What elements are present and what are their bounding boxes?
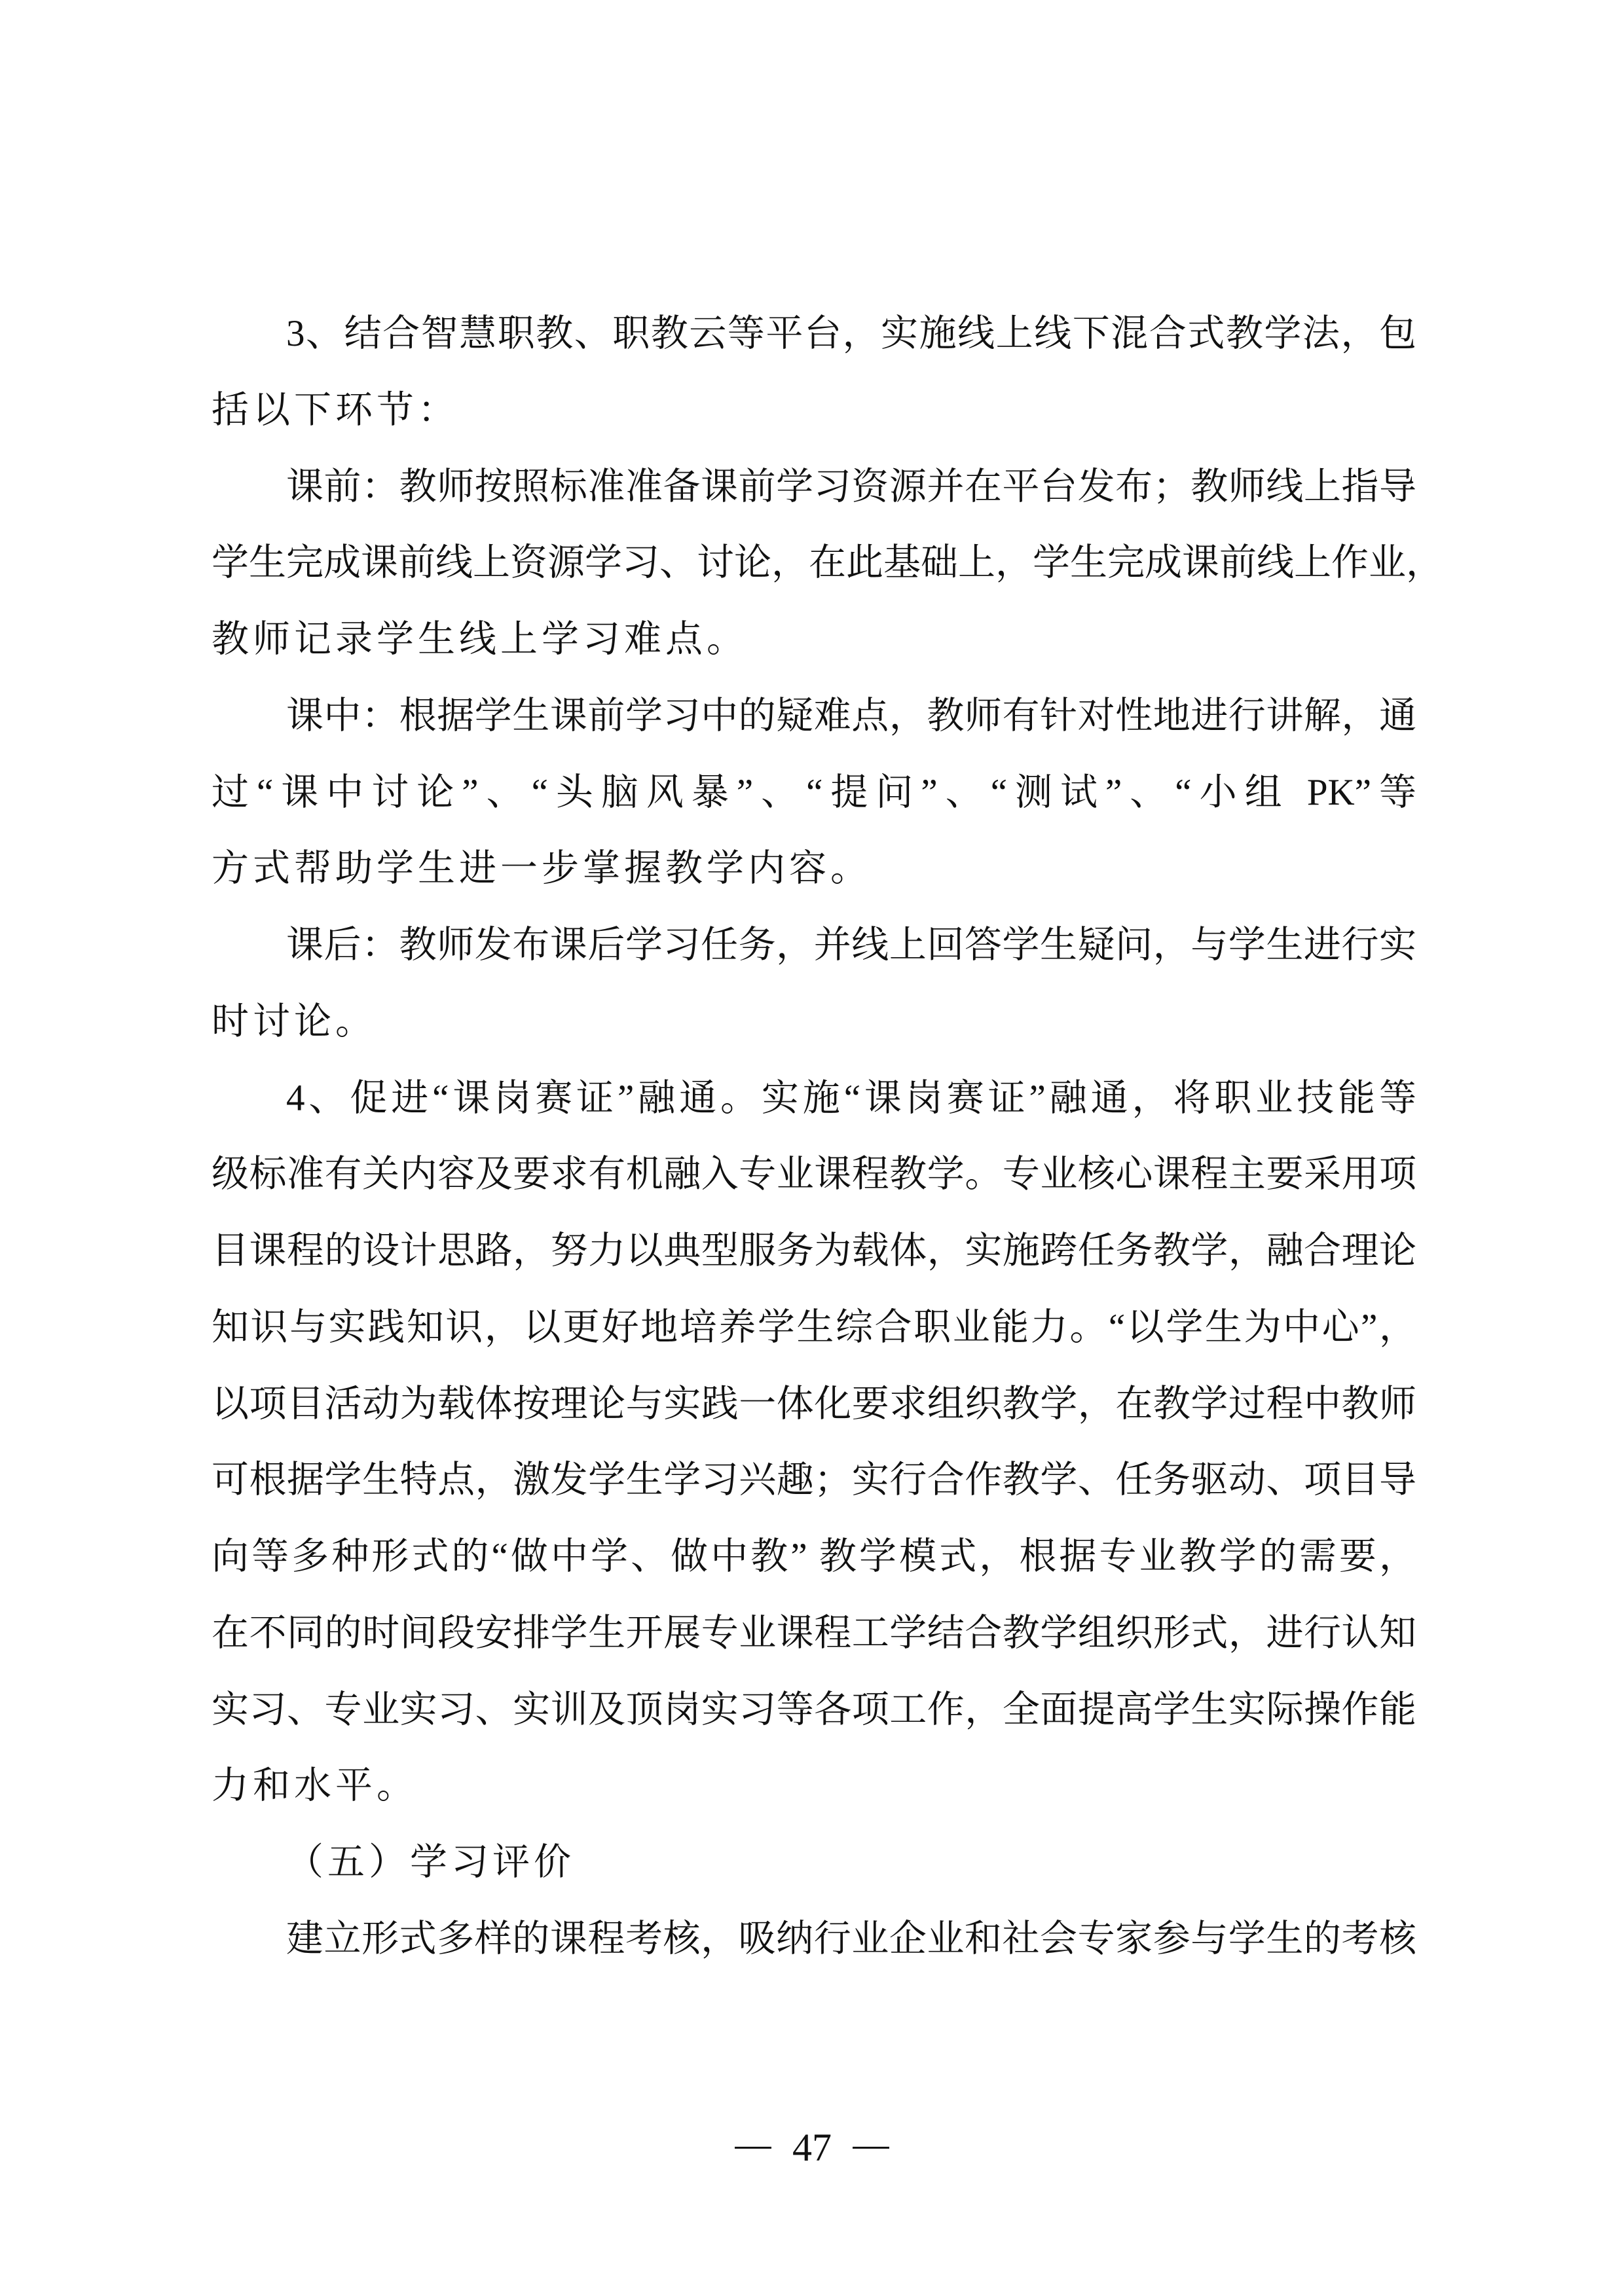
- paragraph-line: 可根据学生特点，激发学生学习兴趣；实行合作教学、任务驱动、项目导: [212, 1442, 1416, 1519]
- paragraph-line: 级标准有关内容及要求有机融入专业课程教学。专业核心课程主要采用项: [212, 1137, 1416, 1213]
- section-heading: （五）学习评价: [212, 1825, 1416, 1901]
- paragraph-line: 在不同的时间段安排学生开展专业课程工学结合教学组织形式，进行认知: [212, 1595, 1416, 1672]
- paragraph-line: 知识与实践知识，以更好地培养学生综合职业能力。“以学生为中心”，: [212, 1290, 1416, 1366]
- paragraph-line: 课后：教师发布课后学习任务，并线上回答学生疑问，与学生进行实: [212, 907, 1416, 984]
- paragraph-line: 课前：教师按照标准准备课前学习资源并在平台发布；教师线上指导: [212, 449, 1416, 526]
- paragraph-line: 方式帮助学生进一步掌握教学内容。: [212, 831, 1416, 907]
- paragraph-line: 括以下环节：: [212, 373, 1416, 449]
- paragraph-line: 力和水平。: [212, 1748, 1416, 1825]
- paragraph-line: 目课程的设计思路，努力以典型服务为载体，实施跨任务教学，融合理论: [212, 1213, 1416, 1290]
- paragraph-line: 以项目活动为载体按理论与实践一体化要求组织教学，在教学过程中教师: [212, 1366, 1416, 1443]
- paragraph-line: 教师记录学生线上学习难点。: [212, 602, 1416, 678]
- paragraph-line: 实习、专业实习、实训及顶岗实习等各项工作，全面提高学生实际操作能: [212, 1672, 1416, 1749]
- paragraph-line: 3、结合智慧职教、职教云等平台，实施线上线下混合式教学法，包: [212, 296, 1416, 373]
- left-dash-ornament: [735, 2147, 771, 2149]
- document-page: 3、结合智慧职教、职教云等平台，实施线上线下混合式教学法，包 括以下环节： 课前…: [0, 0, 1624, 2296]
- paragraph-line: 4、促进“课岗赛证”融通。实施“课岗赛证”融通，将职业技能等: [212, 1061, 1416, 1137]
- paragraph-line: 过“课中讨论”、“头脑风暴”、“提问”、“测试”、“小组 PK”等: [212, 755, 1416, 831]
- paragraph-line: 时讨论。: [212, 984, 1416, 1061]
- paragraph-line: 学生完成课前线上资源学习、讨论，在此基础上，学生完成课前线上作业，: [212, 525, 1416, 602]
- paragraph-line: 向等多种形式的“做中学、做中教” 教学模式，根据专业教学的需要，: [212, 1519, 1416, 1595]
- paragraph-line: 建立形式多样的课程考核，吸纳行业企业和社会专家参与学生的考核: [212, 1901, 1416, 1978]
- page-footer: 47: [0, 2121, 1624, 2174]
- page-number: 47: [792, 2121, 832, 2174]
- paragraph-line: 课中：根据学生课前学习中的疑难点，教师有针对性地进行讲解，通: [212, 678, 1416, 755]
- right-dash-ornament: [853, 2147, 889, 2149]
- body-text: 3、结合智慧职教、职教云等平台，实施线上线下混合式教学法，包 括以下环节： 课前…: [212, 296, 1416, 1978]
